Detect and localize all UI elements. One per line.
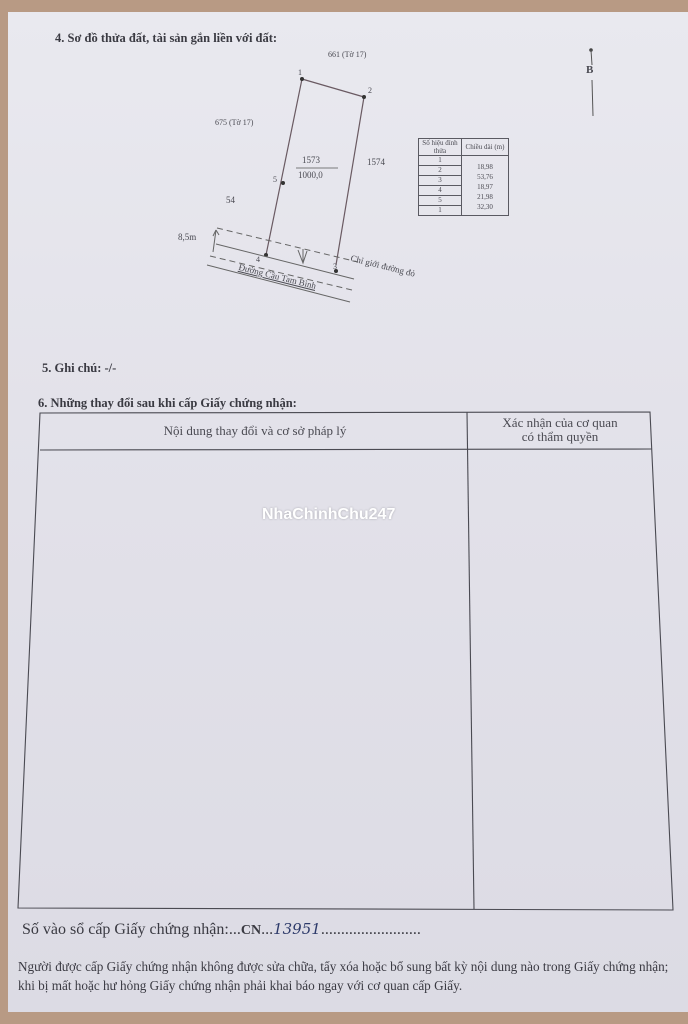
notice-text: Người được cấp Giấy chứng nhận không đượ… — [18, 957, 678, 995]
changes-content-header: Nội dung thay đổi và cơ sở pháp lý — [90, 423, 420, 439]
registration-line: Số vào sổ cấp Giấy chứng nhận:...CN...13… — [22, 920, 421, 939]
registration-number: 13951 — [273, 920, 321, 938]
authority-header-line-1: Xác nhận của cơ quan — [470, 416, 650, 430]
registration-prefix: CN — [241, 923, 261, 938]
registration-label: Số vào sổ cấp Giấy chứng nhận: — [22, 921, 229, 938]
watermark-text: NhaChinhChu247 — [262, 506, 395, 524]
authority-header-line-2: có thẩm quyền — [470, 430, 650, 444]
authority-confirmation-header: Xác nhận của cơ quan có thẩm quyền — [470, 416, 650, 444]
